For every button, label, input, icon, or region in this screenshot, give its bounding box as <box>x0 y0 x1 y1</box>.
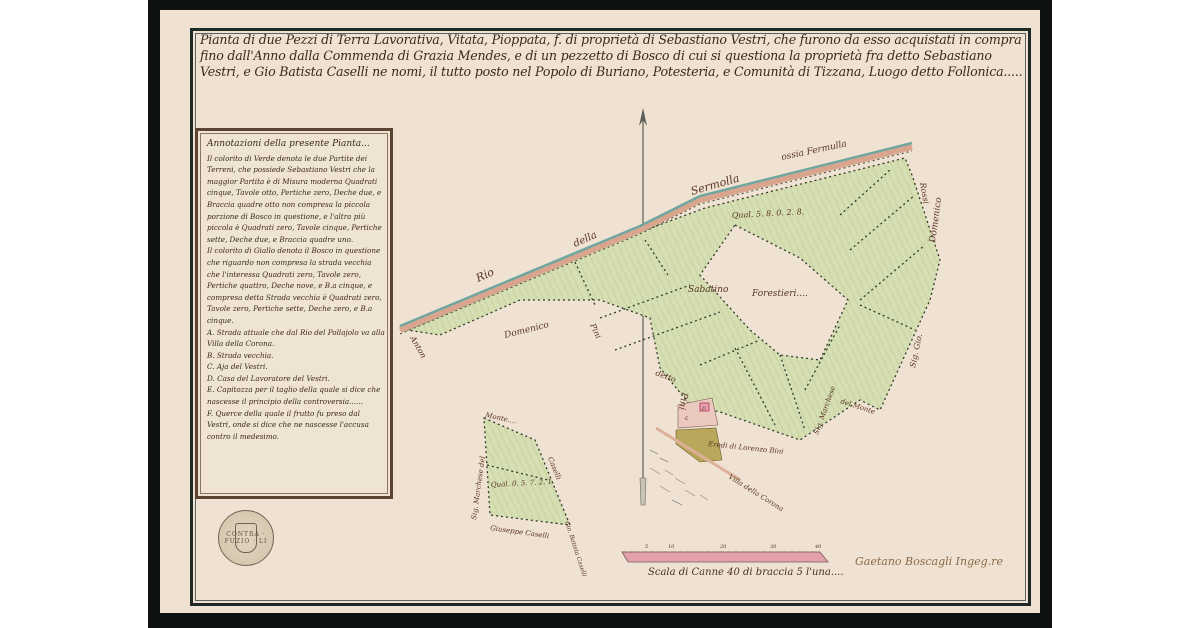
seal-stamp-icon: CONTRA · FUZIO · LI <box>218 510 274 566</box>
label-domenico-left: Domenico <box>502 320 550 341</box>
label-pini: Pini <box>588 321 603 340</box>
scale-bar: 5 10 20 30 40 <box>622 544 828 562</box>
svg-text:20: 20 <box>719 544 727 550</box>
label-rio: Rio <box>473 265 496 285</box>
label-domenico-right: Domenico <box>928 196 944 244</box>
label-pini-2: Pini <box>676 390 689 410</box>
label-sabatino: Sabatino <box>688 285 729 295</box>
scale-caption: Scala di Canne 40 di braccia 5 l'una.... <box>648 567 844 578</box>
svg-text:10: 10 <box>668 544 675 550</box>
label-anton: Anton <box>408 334 428 360</box>
main-parcel <box>407 158 940 440</box>
svg-text:40: 40 <box>814 544 822 550</box>
surveyor-signature: Gaetano Boscagli Ingeg.re <box>855 555 1003 568</box>
svg-text:30: 30 <box>770 544 777 550</box>
label-small-right-2: Gio. Batista Caselli <box>563 520 588 577</box>
label-small-marchese: Sig. Marchese del <box>470 456 487 521</box>
label-small-caselli: Giuseppe Caselli <box>490 524 550 540</box>
map-drawing: 5 10 20 30 40 Rio della Sermolla ossia F… <box>0 0 1200 628</box>
label-fermulla: ossia Fermulla <box>781 139 848 163</box>
label-forestieri: Forestieri.... <box>751 289 808 299</box>
svg-text:5: 5 <box>645 544 648 550</box>
label-villa-corona: Villa della Corona <box>727 473 785 513</box>
label-mark-d: D <box>701 406 706 412</box>
